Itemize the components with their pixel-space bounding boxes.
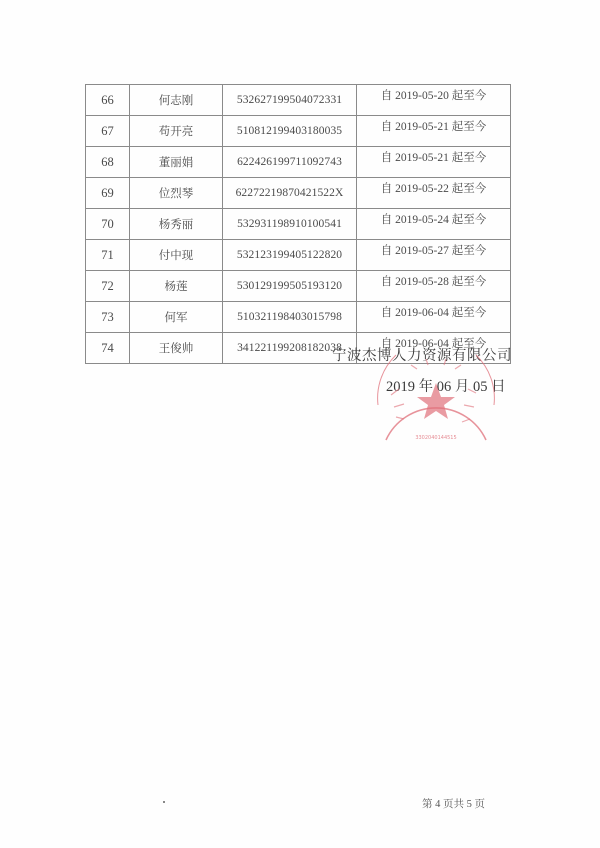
signature-date: 2019 年 06 月 05 日 [386,375,506,396]
employment-period: 自 2019-05-21 起至今 [357,116,511,147]
row-number: 69 [86,178,130,209]
employment-period: 自 2019-05-22 起至今 [357,178,511,209]
row-number: 71 [86,240,130,271]
row-number: 73 [86,302,130,333]
id-number: 510321198403015798 [223,302,357,333]
table-row: 73何军510321198403015798自 2019-06-04 起至今 [86,302,511,333]
employment-period: 自 2019-05-21 起至今 [357,147,511,178]
company-name: 宁波杰博人力资源有限公司 [332,344,512,365]
id-number: 532627199504072331 [223,85,357,116]
row-number: 74 [86,333,130,364]
table-row: 68董丽娟622426199711092743自 2019-05-21 起至今 [86,147,511,178]
employee-name: 付中现 [130,240,223,271]
id-number: 62272219870421522X [223,178,357,209]
employee-name: 何志刚 [130,85,223,116]
table-row: 69位烈琴62272219870421522X自 2019-05-22 起至今 [86,178,511,209]
employment-period: 自 2019-05-27 起至今 [357,240,511,271]
id-number: 532931198910100541 [223,209,357,240]
employee-name: 杨莲 [130,271,223,302]
document-page: 66何志刚532627199504072331自 2019-05-20 起至今6… [0,0,600,848]
employment-period: 自 2019-05-24 起至今 [357,209,511,240]
employment-period: 自 2019-05-28 起至今 [357,271,511,302]
table-row: 72杨莲530129199505193120自 2019-05-28 起至今 [86,271,511,302]
table-row: 71付中现532123199405122820自 2019-05-27 起至今 [86,240,511,271]
employee-table: 66何志刚532627199504072331自 2019-05-20 起至今6… [85,84,511,364]
id-number: 510812199403180035 [223,116,357,147]
id-number: 530129199505193120 [223,271,357,302]
svg-text:3302040144515: 3302040144515 [415,435,456,441]
row-number: 67 [86,116,130,147]
employee-name: 董丽娟 [130,147,223,178]
id-number: 622426199711092743 [223,147,357,178]
employee-name: 何军 [130,302,223,333]
employee-name: 杨秀丽 [130,209,223,240]
id-number: 532123199405122820 [223,240,357,271]
employment-period: 自 2019-05-20 起至今 [357,85,511,116]
employee-name: 苟开亮 [130,116,223,147]
row-number: 70 [86,209,130,240]
employment-period: 自 2019-06-04 起至今 [357,302,511,333]
row-number: 72 [86,271,130,302]
employee-name: 位烈琴 [130,178,223,209]
table-row: 66何志刚532627199504072331自 2019-05-20 起至今 [86,85,511,116]
employee-name: 王俊帅 [130,333,223,364]
table-row: 67苟开亮510812199403180035自 2019-05-21 起至今 [86,116,511,147]
table-row: 70杨秀丽532931198910100541自 2019-05-24 起至今 [86,209,511,240]
page-indicator: 第 4 页共 5 页 [422,796,485,811]
row-number: 66 [86,85,130,116]
scan-speck [163,801,165,803]
row-number: 68 [86,147,130,178]
